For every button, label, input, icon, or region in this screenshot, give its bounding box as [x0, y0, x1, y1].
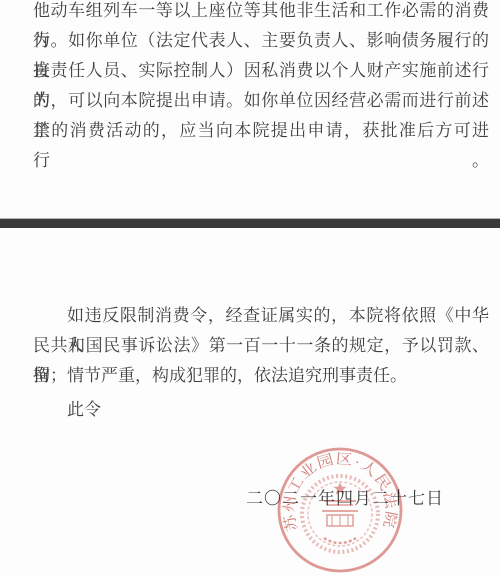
text-line: 民共和国民事诉讼法》第一百一十一条的规定，予以罚款、拘	[33, 331, 489, 361]
text-line: 为。如你单位（法定代表人、主要负责人、影响债务履行的直	[33, 26, 489, 56]
page-divider-bar	[0, 218, 500, 228]
text-line: 他动车组列车一等以上座位等其他非生活和工作必需的消费行	[33, 0, 489, 26]
document-page: 他动车组列车一等以上座位等其他非生活和工作必需的消费行 为。如你单位（法定代表人…	[0, 0, 500, 576]
text-line: 留；情节严重，构成犯罪的，依法追究刑事责任。	[33, 361, 489, 391]
text-line: 接责任人员、实际控制人）因私消费以个人财产实施前述行为	[33, 56, 489, 86]
document-date: 二〇二一年四月二十七日	[246, 488, 444, 510]
paragraph-restriction-terms: 他动车组列车一等以上座位等其他非生活和工作必需的消费行 为。如你单位（法定代表人…	[33, 0, 489, 146]
text-line: 如违反限制消费令，经查证属实的，本院将依照《中华人	[33, 301, 489, 331]
text-line: 止的消费活动的，应当向本院提出申请，获批准后方可进行。	[33, 116, 489, 146]
text-line: 的，可以向本院提出申请。如你单位因经营必需而进行前述禁	[33, 86, 489, 116]
paragraph-penalty-clause: 如违反限制消费令，经查证属实的，本院将依照《中华人 民共和国民事诉讼法》第一百一…	[33, 301, 489, 425]
closing-phrase: 此令	[33, 395, 489, 425]
seal-outer-ring	[279, 449, 401, 571]
